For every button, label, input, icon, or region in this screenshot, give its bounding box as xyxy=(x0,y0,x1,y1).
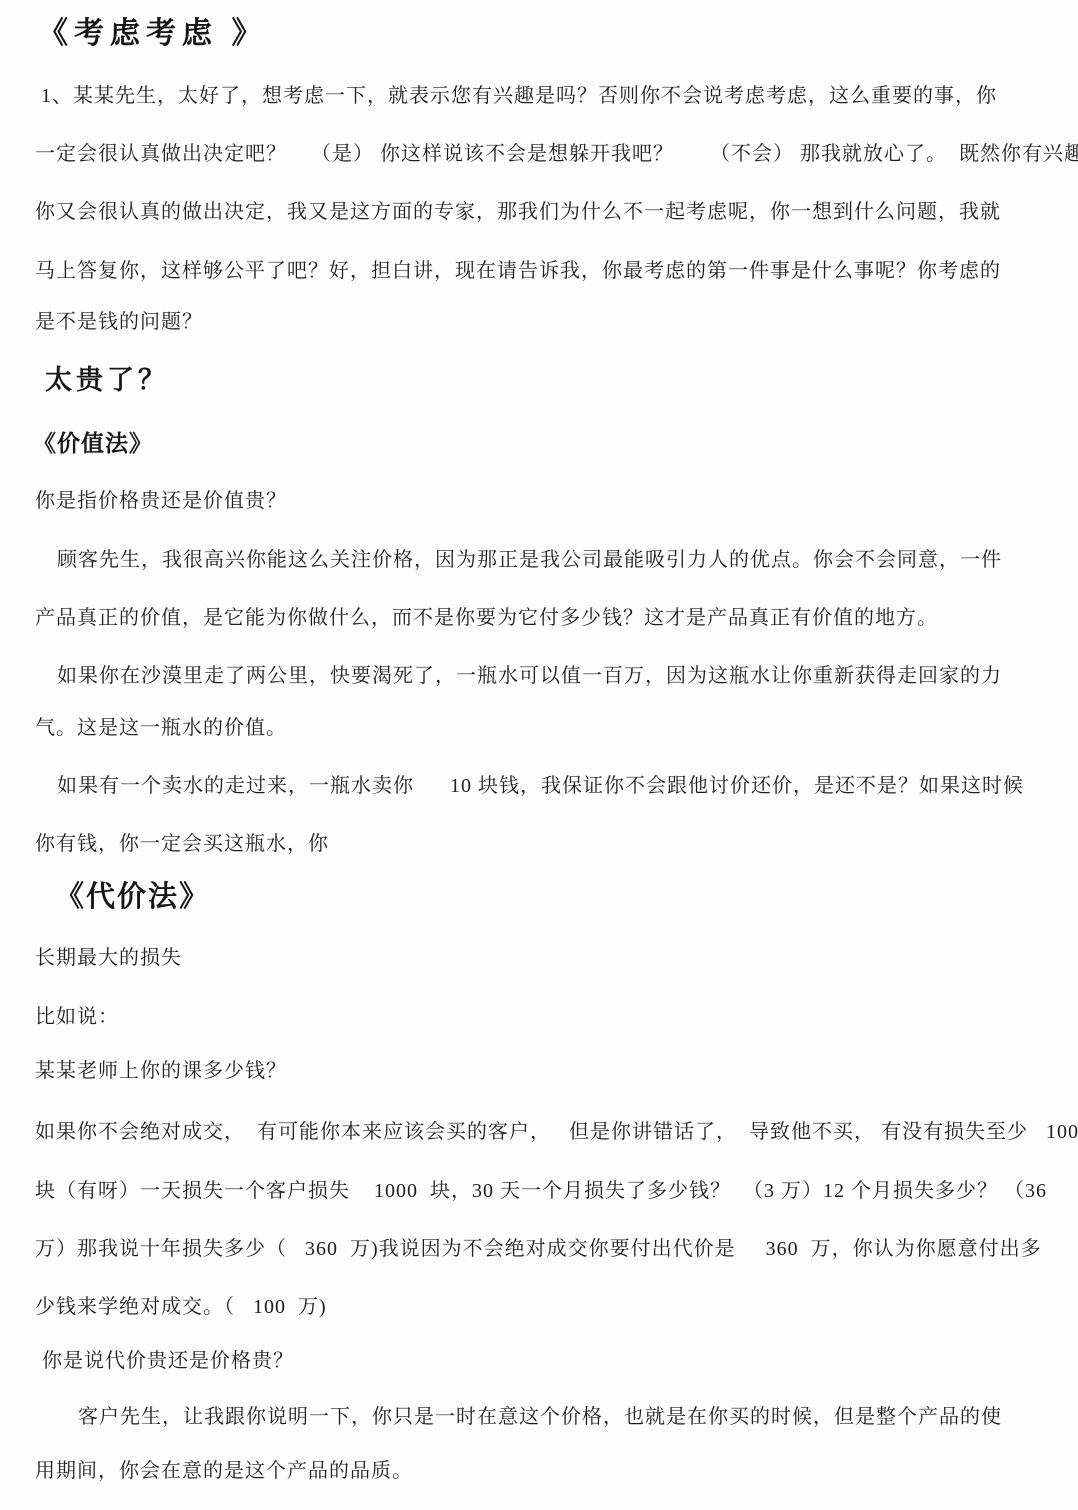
paragraph-line: 一定会很认真做出决定吧？ （是） 你这样说该不会是想躲开我吧？ （不会） 那我就… xyxy=(35,142,1078,166)
paragraph-line: 某某老师上你的课多少钱？ xyxy=(35,1059,287,1083)
paragraph-line: 是不是钱的问题？ xyxy=(35,310,203,334)
paragraph-line: 如果你不会绝对成交， 有可能你本来应该会买的客户， 但是你讲错话了， 导致他不买… xyxy=(35,1120,1078,1144)
section-heading-value-method: 《价值法》 xyxy=(33,430,153,458)
paragraph-line: 万）那我说十年损失多少（ 360 万)我说因为不会绝对成交你要付出代价是 360… xyxy=(35,1237,1042,1261)
paragraph-line: 1、某某先生，太好了，想考虑一下，就表示您有兴趣是吗？否则你不会说考虑考虑，这么… xyxy=(35,84,997,108)
paragraph-line: 产品真正的价值，是它能为你做什么，而不是你要为它付多少钱？这才是产品真正有价值的… xyxy=(35,606,938,630)
doc-title-kaolv-kaolv: 《考虑考虑 》 xyxy=(38,16,268,52)
paragraph-line: 你是指价格贵还是价值贵？ xyxy=(35,489,287,513)
paragraph-line: 长期最大的损失 xyxy=(35,946,182,970)
section-heading-too-expensive: 太贵了？ xyxy=(45,364,169,396)
paragraph-line: 你是说代价贵还是价格贵？ xyxy=(42,1349,294,1373)
paragraph-line: 少钱来学绝对成交。（ 100 万) xyxy=(35,1295,327,1319)
paragraph-line: 你有钱，你一定会买这瓶水，你 xyxy=(35,832,329,856)
paragraph-line: 比如说： xyxy=(35,1005,119,1029)
paragraph-line: 如果有一个卖水的走过来，一瓶水卖你 10 块钱，我保证你不会跟他讨价还价，是还不… xyxy=(57,774,1024,798)
paragraph-line: 块（有呀）一天损失一个客户损失 1000 块，30 天一个月损失了多少钱？ （3… xyxy=(35,1179,1047,1203)
paragraph-line: 你又会很认真的做出决定，我又是这方面的专家，那我们为什么不一起考虑呢，你一想到什… xyxy=(35,200,1001,224)
paragraph-line: 顾客先生，我很高兴你能这么关注价格，因为那正是我公司最能吸引力人的优点。你会不会… xyxy=(57,548,1002,572)
paragraph-line: 用期间，你会在意的是这个产品的品质。 xyxy=(35,1459,413,1483)
document-page: 《考虑考虑 》 1、某某先生，太好了，想考虑一下，就表示您有兴趣是吗？否则你不会… xyxy=(0,0,1078,1510)
section-heading-cost-method: 《代价法》 xyxy=(55,880,210,915)
paragraph-line: 马上答复你，这样够公平了吧？好，担白讲，现在请告诉我，你最考虑的第一件事是什么事… xyxy=(35,259,1001,283)
paragraph-line: 气。这是这一瓶水的价值。 xyxy=(35,716,287,740)
paragraph-line: 客户先生，让我跟你说明一下，你只是一时在意这个价格，也就是在你买的时候，但是整个… xyxy=(78,1405,1002,1429)
paragraph-line: 如果你在沙漠里走了两公里，快要渴死了，一瓶水可以值一百万，因为这瓶水让你重新获得… xyxy=(57,664,1002,688)
